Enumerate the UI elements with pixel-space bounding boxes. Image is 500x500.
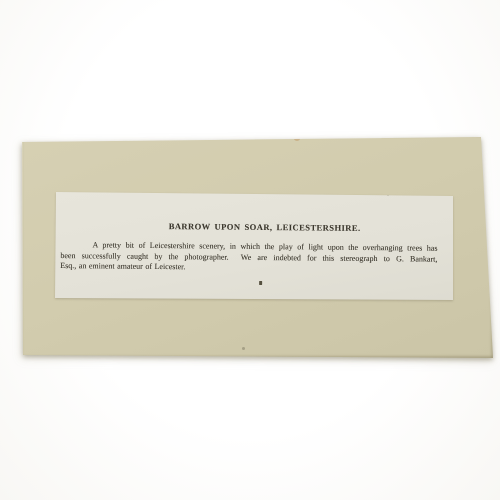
caption-description: A pretty bit of Leicestershire scenery, …: [60, 240, 437, 275]
card-dust-speck: [242, 347, 245, 350]
stereograph-card-shadow: BARROW UPON SOAR, LEICESTERSHIRE. A pret…: [22, 136, 493, 358]
stereograph-card: BARROW UPON SOAR, LEICESTERSHIRE. A pret…: [22, 136, 493, 358]
pasted-caption-label: BARROW UPON SOAR, LEICESTERSHIRE. A pret…: [55, 192, 453, 300]
printers-mark-dot: [259, 281, 262, 285]
photo-backdrop: BARROW UPON SOAR, LEICESTERSHIRE. A pret…: [0, 0, 500, 500]
caption-label-shadow: BARROW UPON SOAR, LEICESTERSHIRE. A pret…: [55, 192, 453, 300]
card-fleck-top-edge: [294, 136, 300, 141]
caption-text-block: BARROW UPON SOAR, LEICESTERSHIRE. A pret…: [54, 192, 453, 304]
caption-title: BARROW UPON SOAR, LEICESTERSHIRE.: [62, 220, 439, 235]
